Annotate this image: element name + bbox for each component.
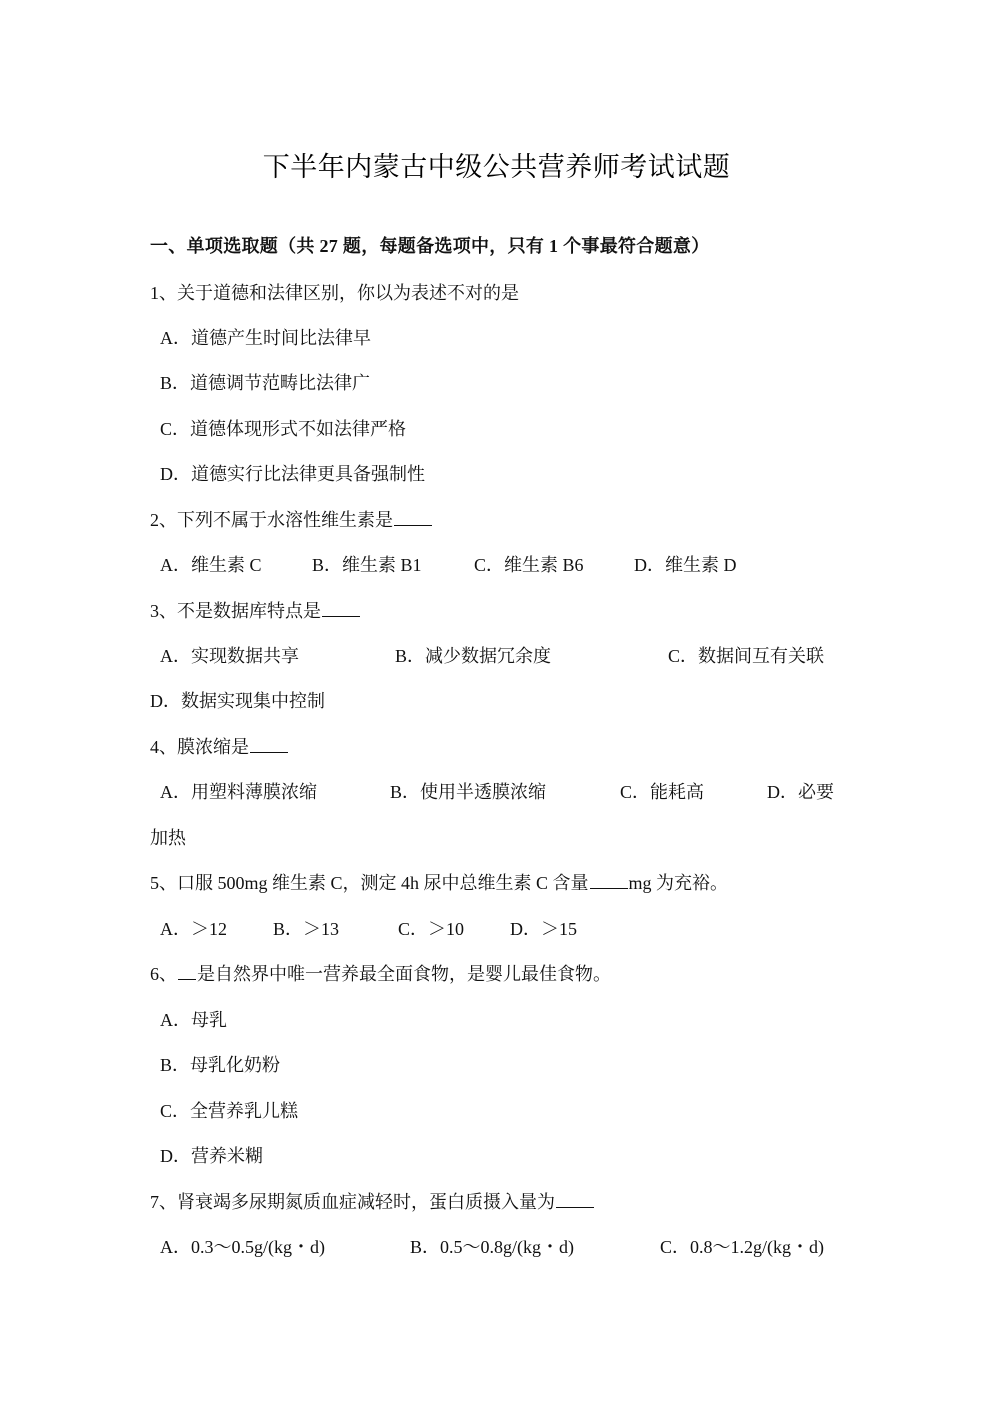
q3-option-a: A．实现数据共享 (160, 643, 299, 669)
q4-option-c: C．能耗高 (620, 779, 704, 805)
option-text: 0.8～1.2g/(kg・d) (690, 1237, 824, 1257)
option-text: 数据实现集中控制 (181, 691, 325, 711)
option-text: 道德产生时间比法律早 (191, 328, 371, 348)
q6-option-b: B．母乳化奶粉 (160, 1052, 280, 1078)
question-stem-after: mg 为充裕。 (629, 873, 729, 893)
option-text: 道德调节范畴比法律广 (190, 373, 370, 393)
question-number: 1、 (150, 283, 177, 303)
q5-option-c: C．＞10 (398, 916, 464, 942)
answer-blank (178, 961, 196, 980)
question-number: 2、 (150, 510, 177, 530)
option-text: 0.3～0.5g/(kg・d) (191, 1237, 325, 1257)
option-text: 营养米糊 (191, 1146, 263, 1166)
q7-options-row: A．0.3～0.5g/(kg・d) B．0.5～0.8g/(kg・d) C．0.… (0, 1234, 993, 1260)
question-stem: 下列不属于水溶性维生素是 (177, 510, 393, 530)
option-label: D． (767, 782, 798, 802)
option-label: A． (160, 555, 191, 575)
q1-option-b: B．道德调节范畴比法律广 (160, 370, 370, 396)
option-text: 道德实行比法律更具备强制性 (191, 464, 425, 484)
q6-option-c: C．全营养乳儿糕 (160, 1098, 298, 1124)
option-text: 道德体现形式不如法律严格 (190, 419, 406, 439)
answer-blank (250, 734, 288, 753)
q1-option-a: A．道德产生时间比法律早 (160, 325, 371, 351)
option-label: C． (398, 919, 428, 939)
q5-options-row: A．＞12 B．＞13 C．＞10 D．＞15 (0, 916, 993, 942)
option-text: 用塑料薄膜浓缩 (191, 782, 317, 802)
q2-option-c: C．维生素 B6 (474, 552, 584, 578)
option-text: ＞10 (428, 919, 464, 939)
section-heading: 一、单项选取题（共 27 题，每题备选项中，只有 1 个事最符合题意） (150, 233, 710, 259)
question-2: 2、下列不属于水溶性维生素是 (150, 507, 433, 533)
q7-option-a: A．0.3～0.5g/(kg・d) (160, 1234, 325, 1260)
q2-options-row: A．维生素 C B．维生素 B1 C．维生素 B6 D．维生素 D (0, 552, 993, 578)
answer-blank (590, 870, 628, 889)
answer-blank (394, 507, 432, 526)
option-text: 能耗高 (650, 782, 704, 802)
q1-option-c: C．道德体现形式不如法律严格 (160, 416, 406, 442)
option-text: ＞15 (541, 919, 577, 939)
question-1: 1、关于道德和法律区别，你以为表述不对的是 (150, 280, 519, 306)
q5-option-d: D．＞15 (510, 916, 577, 942)
document-page: 下半年内蒙古中级公共营养师考试试题 一、单项选取题（共 27 题，每题备选项中，… (0, 0, 993, 1404)
q3-options-row: A．实现数据共享 B．减少数据冗余度 C．数据间互有关联 (0, 643, 993, 669)
option-label: C． (474, 555, 504, 575)
q2-option-b: B．维生素 B1 (312, 552, 422, 578)
page-title: 下半年内蒙古中级公共营养师考试试题 (0, 148, 993, 186)
question-6: 6、是自然界中唯一营养最全面食物，是婴儿最佳食物。 (150, 961, 611, 987)
q4-option-a: A．用塑料薄膜浓缩 (160, 779, 317, 805)
q4-option-d-continuation: 加热 (150, 825, 186, 851)
question-stem: 膜浓缩是 (177, 737, 249, 757)
q6-option-a: A．母乳 (160, 1007, 227, 1033)
question-number: 4、 (150, 737, 177, 757)
option-label: C． (660, 1237, 690, 1257)
q6-option-d: D．营养米糊 (160, 1143, 263, 1169)
option-label: D． (160, 464, 191, 484)
option-text: ＞13 (303, 919, 339, 939)
option-text: 维生素 D (665, 555, 737, 575)
option-text: 数据间互有关联 (698, 646, 824, 666)
option-label: B． (410, 1237, 440, 1257)
q7-option-b: B．0.5～0.8g/(kg・d) (410, 1234, 574, 1260)
option-label: B． (390, 782, 420, 802)
option-label: A． (160, 1010, 191, 1030)
question-stem: 是自然界中唯一营养最全面食物，是婴儿最佳食物。 (197, 964, 611, 984)
answer-blank (322, 598, 360, 617)
q4-option-b: B．使用半透膜浓缩 (390, 779, 546, 805)
option-label: B． (312, 555, 342, 575)
option-text: 减少数据冗余度 (425, 646, 551, 666)
option-label: A． (160, 919, 191, 939)
answer-blank (556, 1189, 594, 1208)
q3-option-d: D．数据实现集中控制 (150, 688, 325, 714)
q5-option-b: B．＞13 (273, 916, 339, 942)
q7-option-c: C．0.8～1.2g/(kg・d) (660, 1234, 824, 1260)
q2-option-d: D．维生素 D (634, 552, 737, 578)
option-label: C． (668, 646, 698, 666)
option-label: A． (160, 782, 191, 802)
option-label: A． (160, 328, 191, 348)
option-label: C． (160, 419, 190, 439)
question-stem: 不是数据库特点是 (177, 601, 321, 621)
q1-option-d: D．道德实行比法律更具备强制性 (160, 461, 425, 487)
q5-option-a: A．＞12 (160, 916, 227, 942)
option-label: A． (160, 646, 191, 666)
q2-option-a: A．维生素 C (160, 552, 262, 578)
option-text: 全营养乳儿糕 (190, 1101, 298, 1121)
option-label: B． (160, 373, 190, 393)
option-text: 维生素 C (191, 555, 262, 575)
question-stem: 关于道德和法律区别，你以为表述不对的是 (177, 283, 519, 303)
option-text: 维生素 B1 (342, 555, 422, 575)
question-number: 6、 (150, 964, 177, 984)
q4-options-row: A．用塑料薄膜浓缩 B．使用半透膜浓缩 C．能耗高 D．必要 (0, 779, 993, 805)
question-number: 7、 (150, 1192, 177, 1212)
option-label: D． (634, 555, 665, 575)
option-label: D． (150, 691, 181, 711)
question-stem-before: 口服 500mg 维生素 C，测定 4h 尿中总维生素 C 含量 (177, 873, 589, 893)
option-text: 实现数据共享 (191, 646, 299, 666)
question-stem: 肾衰竭多尿期氮质血症减轻时，蛋白质摄入量为 (177, 1192, 555, 1212)
option-label: B． (160, 1055, 190, 1075)
question-7: 7、肾衰竭多尿期氮质血症减轻时，蛋白质摄入量为 (150, 1189, 595, 1215)
option-text: 必要 (798, 782, 834, 802)
option-label: B． (395, 646, 425, 666)
option-label: C． (160, 1101, 190, 1121)
option-label: C． (620, 782, 650, 802)
option-label: B． (273, 919, 303, 939)
question-5: 5、口服 500mg 维生素 C，测定 4h 尿中总维生素 C 含量mg 为充裕… (150, 870, 728, 896)
option-text: 母乳 (191, 1010, 227, 1030)
option-text: 0.5～0.8g/(kg・d) (440, 1237, 574, 1257)
q3-option-c: C．数据间互有关联 (668, 643, 824, 669)
q3-option-b: B．减少数据冗余度 (395, 643, 551, 669)
option-text: 维生素 B6 (504, 555, 584, 575)
option-text: 使用半透膜浓缩 (420, 782, 546, 802)
q4-option-d: D．必要 (767, 779, 834, 805)
question-number: 3、 (150, 601, 177, 621)
option-label: D． (510, 919, 541, 939)
question-number: 5、 (150, 873, 177, 893)
option-text: 母乳化奶粉 (190, 1055, 280, 1075)
option-label: A． (160, 1237, 191, 1257)
question-4: 4、膜浓缩是 (150, 734, 289, 760)
option-label: D． (160, 1146, 191, 1166)
option-text: ＞12 (191, 919, 227, 939)
question-3: 3、不是数据库特点是 (150, 598, 361, 624)
